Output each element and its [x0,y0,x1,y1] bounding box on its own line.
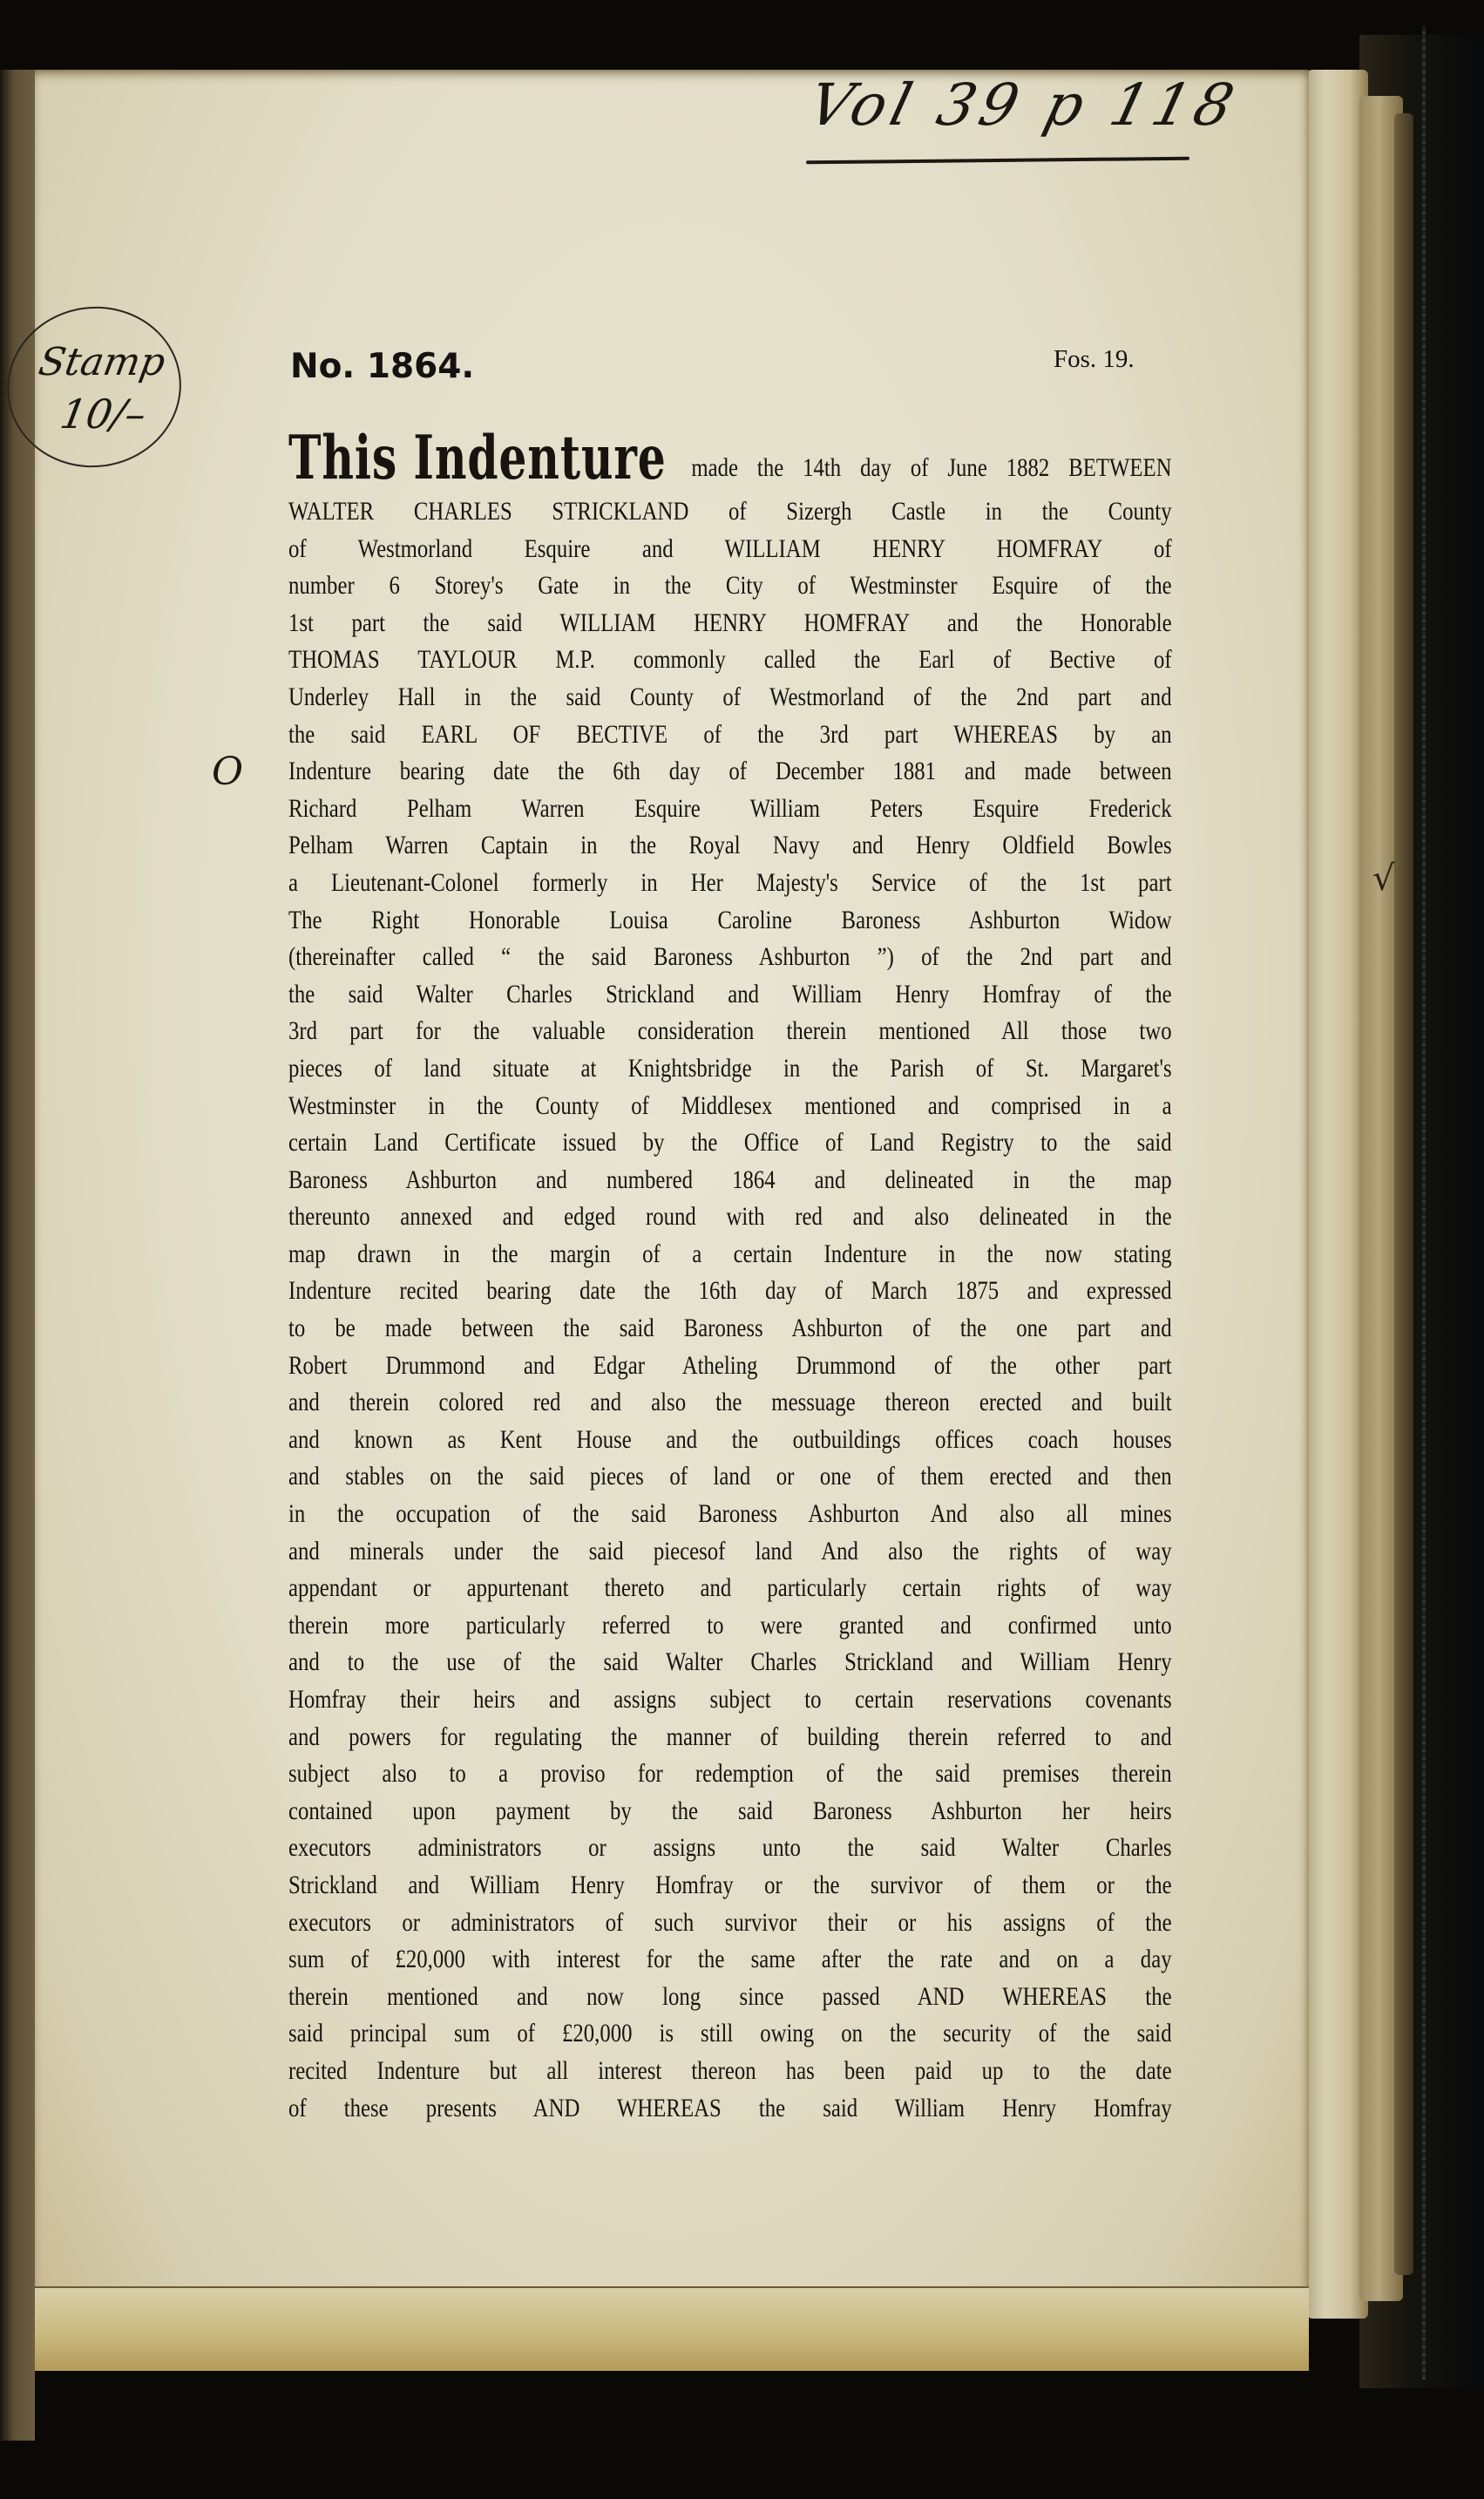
page-bottom-edge [35,2286,1309,2371]
body-line: number 6 Storey's Gate in the City of We… [288,567,1172,605]
margin-mark-left: O [212,750,243,794]
volume-reference-note: Vol 39 p 118 [802,71,1245,139]
body-line: the said Walter Charles Strickland and W… [288,976,1172,1014]
body-line: certain Land Certificate issued by the O… [288,1124,1172,1162]
body-line: 1st part the said WILLIAM HENRY HOMFRAY … [288,605,1172,642]
body-line: Underley Hall in the said County of West… [288,679,1172,716]
body-line: Homfray their heirs and assigns subject … [288,1681,1172,1719]
body-line: appendant or appurtenant thereto and par… [288,1570,1172,1607]
body-line: a Lieutenant-Colonel formerly in Her Maj… [288,865,1172,902]
body-line: contained upon payment by the said Baron… [288,1793,1172,1830]
document-number: No. 1864. [290,347,474,386]
body-line: (thereinafter called “ the said Baroness… [288,939,1172,976]
margin-mark-right: √ [1372,859,1395,899]
body-line: Westminster in the County of Middlesex m… [288,1088,1172,1125]
body-line: and stables on the said pieces of land o… [288,1458,1172,1496]
body-line: executors or administrators of such surv… [288,1905,1172,1942]
body-line: thereunto annexed and edged round with r… [288,1199,1172,1236]
body-line: recited Indenture but all interest there… [288,2053,1172,2090]
body-line: and minerals under the said piecesof lan… [288,1533,1172,1571]
body-line: Indenture recited bearing date the 16th … [288,1273,1172,1310]
body-line: sum of £20,000 with interest for the sam… [288,1941,1172,1979]
body-line: and therein colored red and also the mes… [288,1384,1172,1422]
body-line: and to the use of the said Walter Charle… [288,1644,1172,1681]
body-line: This Indenture made the 14th day of June… [288,433,1172,493]
body-line: The Right Honorable Louisa Caroline Baro… [288,902,1172,940]
body-line: 3rd part for the valuable consideration … [288,1013,1172,1050]
body-line: Strickland and William Henry Homfray or … [288,1867,1172,1905]
stamp-note-amount: 10/– [57,390,150,438]
body-line: Baroness Ashburton and numbered 1864 and… [288,1162,1172,1199]
body-line: Richard Pelham Warren Esquire William Pe… [288,791,1172,828]
body-line: Pelham Warren Captain in the Royal Navy … [288,827,1172,865]
stamp-note-label: Stamp [36,340,169,384]
folio-count: Fos. 19. [1054,345,1135,374]
body-line: therein mentioned and now long since pas… [288,1979,1172,2016]
body-line: and known as Kent House and the outbuild… [288,1422,1172,1459]
body-line: Robert Drummond and Edgar Atheling Drumm… [288,1348,1172,1385]
body-line-text: made the 14th day of June 1882 BETWEEN [691,454,1171,482]
body-line: executors administrators or assigns unto… [288,1830,1172,1867]
body-line: pieces of land situate at Knightsbridge … [288,1050,1172,1088]
body-line: the said EARL OF BECTIVE of the 3rd part… [288,716,1172,754]
body-line: subject also to a proviso for redemption… [288,1755,1172,1793]
page-stack-edge [1394,113,1413,2275]
body-line: of these presents AND WHEREAS the said W… [288,2090,1172,2128]
opening-words: This Indenture [288,430,667,488]
binding-thread [1422,26,1426,2380]
body-line: in the occupation of the said Baroness A… [288,1496,1172,1533]
body-line: map drawn in the margin of a certain Ind… [288,1236,1172,1273]
indenture-body: This Indenture made the 14th day of June… [288,433,1172,2127]
body-line: and powers for regulating the manner of … [288,1719,1172,1756]
body-line: of Westmorland Esquire and WILLIAM HENRY… [288,531,1172,568]
body-line: therein more particularly referred to we… [288,1607,1172,1645]
body-line: WALTER CHARLES STRICKLAND of Sizergh Cas… [288,493,1172,531]
body-line: THOMAS TAYLOUR M.P. commonly called the … [288,642,1172,679]
body-line: to be made between the said Baroness Ash… [288,1310,1172,1348]
body-line: said principal sum of £20,000 is still o… [288,2015,1172,2053]
body-line: Indenture bearing date the 6th day of De… [288,753,1172,791]
